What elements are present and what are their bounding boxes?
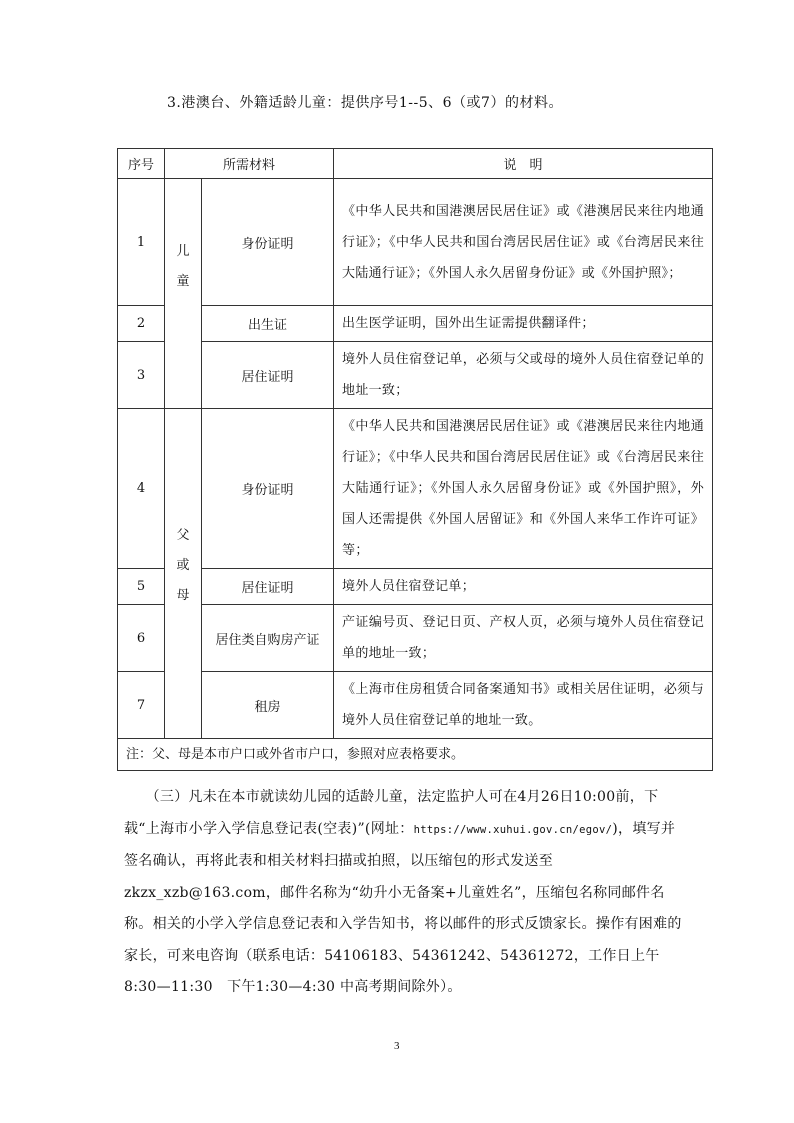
table-header-row: 序号 所需材料 说 明 bbox=[118, 149, 713, 179]
page-number: 3 bbox=[394, 1040, 400, 1052]
row-description: 境外人员住宿登记单，必须与父或母的境外人员住宿登记单的地址一致； bbox=[334, 342, 713, 409]
row-material: 居住证明 bbox=[202, 342, 334, 409]
row-description: 《上海市住房租赁合同备案通知书》或相关居住证明，必须与境外人员住宿登记单的地址一… bbox=[334, 672, 713, 739]
row-description: 产证编号页、登记日页、产权人页，必须与境外人员住宿登记单的地址一致； bbox=[334, 605, 713, 672]
table-row: 1 儿童 身份证明 《中华人民共和国港澳居民居住证》或《港澳居民来往内地通行证》… bbox=[118, 179, 713, 306]
materials-table: 序号 所需材料 说 明 1 儿童 身份证明 《中华人民共和国港澳居民居住证》或《… bbox=[117, 148, 713, 771]
row-index: 4 bbox=[118, 409, 165, 569]
row-material: 出生证 bbox=[202, 306, 334, 342]
instructions-paragraph: （三）凡未在本市就读幼儿园的适龄儿童，法定监护人可在4月26日10:00前，下载… bbox=[124, 782, 684, 1004]
table-note: 注：父、母是本市户口或外省市户口，参照对应表格要求。 bbox=[118, 739, 713, 771]
table-row: 5 居住证明 境外人员住宿登记单； bbox=[118, 569, 713, 605]
row-material: 居住类自购房产证 bbox=[202, 605, 334, 672]
row-index: 5 bbox=[118, 569, 165, 605]
row-material: 租房 bbox=[202, 672, 334, 739]
table-row: 2 出生证 出生医学证明，国外出生证需提供翻译件； bbox=[118, 306, 713, 342]
section-intro: 3.港澳台、外籍适龄儿童：提供序号1--5、6（或7）的材料。 bbox=[167, 92, 563, 112]
group-parent: 父或母 bbox=[165, 409, 202, 739]
row-description: 出生医学证明，国外出生证需提供翻译件； bbox=[334, 306, 713, 342]
row-description: 《中华人民共和国港澳居民居住证》或《港澳居民来往内地通行证》；《中华人民共和国台… bbox=[334, 409, 713, 569]
row-material: 身份证明 bbox=[202, 179, 334, 306]
row-material: 身份证明 bbox=[202, 409, 334, 569]
row-index: 1 bbox=[118, 179, 165, 306]
header-description: 说 明 bbox=[334, 149, 713, 179]
row-description: 境外人员住宿登记单； bbox=[334, 569, 713, 605]
table-row: 3 居住证明 境外人员住宿登记单，必须与父或母的境外人员住宿登记单的地址一致； bbox=[118, 342, 713, 409]
header-material: 所需材料 bbox=[165, 149, 334, 179]
row-material: 居住证明 bbox=[202, 569, 334, 605]
header-index: 序号 bbox=[118, 149, 165, 179]
download-url-link[interactable]: https://www.xuhui.gov.cn/egov/ bbox=[414, 824, 613, 836]
row-index: 2 bbox=[118, 306, 165, 342]
group-child: 儿童 bbox=[165, 179, 202, 409]
table-note-row: 注：父、母是本市户口或外省市户口，参照对应表格要求。 bbox=[118, 739, 713, 771]
row-index: 7 bbox=[118, 672, 165, 739]
table-row: 6 居住类自购房产证 产证编号页、登记日页、产权人页，必须与境外人员住宿登记单的… bbox=[118, 605, 713, 672]
row-index: 6 bbox=[118, 605, 165, 672]
row-index: 3 bbox=[118, 342, 165, 409]
paragraph-text-2: )，填写并签名确认，再将此表和相关材料扫描或拍照，以压缩包的形式发送至zkzx_… bbox=[124, 821, 682, 996]
table-row: 7 租房 《上海市住房租赁合同备案通知书》或相关居住证明，必须与境外人员住宿登记… bbox=[118, 672, 713, 739]
table-row: 4 父或母 身份证明 《中华人民共和国港澳居民居住证》或《港澳居民来往内地通行证… bbox=[118, 409, 713, 569]
row-description: 《中华人民共和国港澳居民居住证》或《港澳居民来往内地通行证》；《中华人民共和国台… bbox=[334, 179, 713, 306]
